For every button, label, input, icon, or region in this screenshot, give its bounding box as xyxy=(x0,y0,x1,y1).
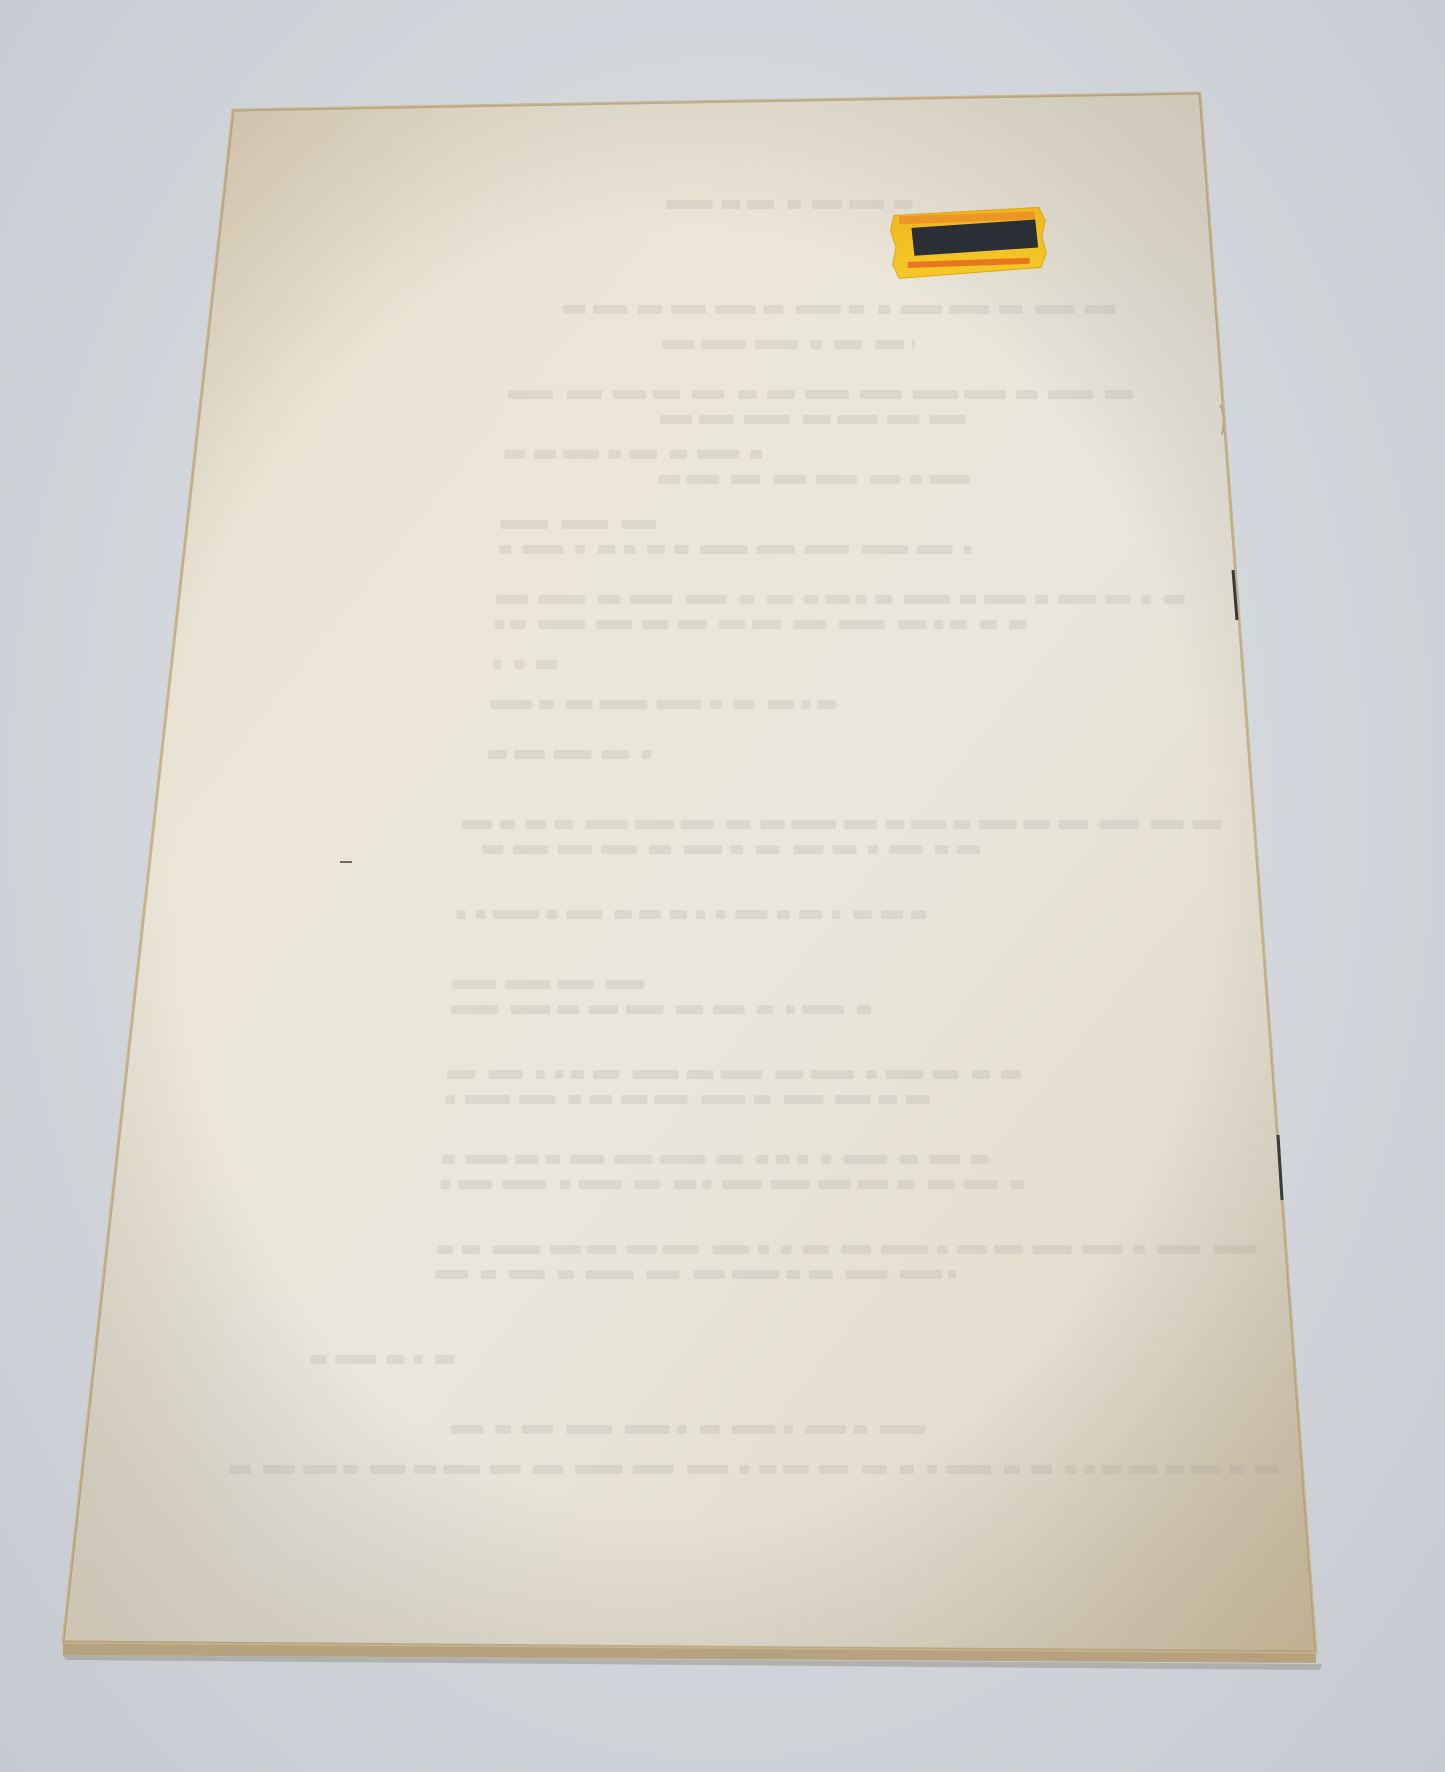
price-sticker xyxy=(890,207,1047,278)
photo-scene xyxy=(0,0,1445,1772)
cover-aging-stain xyxy=(63,93,1316,1652)
booklet-photo xyxy=(0,0,1445,1772)
